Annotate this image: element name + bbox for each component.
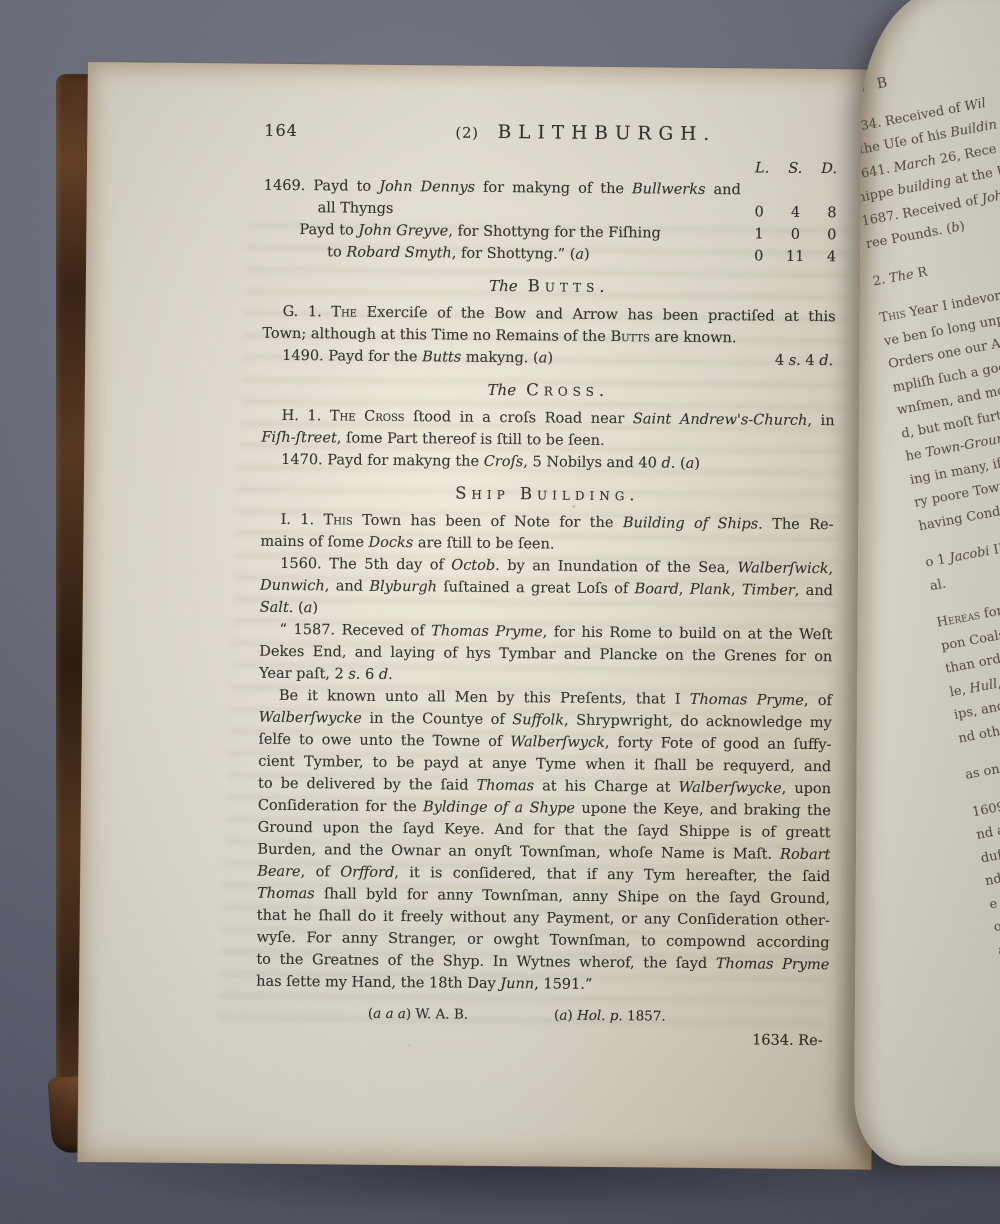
page-header: 164 (2) BLITHBURGH. bbox=[264, 120, 837, 155]
ledger-amount-columns: 048 bbox=[741, 204, 837, 221]
photo-of-book: { "scene": { "background_top_color": "#7… bbox=[0, 0, 1000, 1224]
page-lines: L.S.D.1469. Payd to John Dennys for maky… bbox=[256, 156, 837, 1001]
footnote-reference: (a) Hol. p. 1857. bbox=[554, 1008, 666, 1029]
text-line: 1490. Payd for the Butts makyng. (a)4 s.… bbox=[262, 348, 835, 375]
page-number: 164 bbox=[264, 121, 334, 141]
footnote-row: (a a a) W. A. B. (a) Hol. p. 1857. bbox=[256, 1005, 829, 1030]
running-title: (2) BLITHBURGH. bbox=[334, 120, 837, 146]
section-heading: TheButts. bbox=[263, 274, 836, 303]
ledger-amount-columns: L.S.D. bbox=[741, 160, 837, 177]
running-title-part: (2) bbox=[455, 126, 479, 142]
text-column: 164 (2) BLITHBURGH. L.S.D.1469. Payd to … bbox=[256, 120, 838, 1049]
line-amount: 4 s. 4 d. bbox=[775, 353, 835, 370]
left-page: 164 (2) BLITHBURGH. L.S.D.1469. Payd to … bbox=[77, 62, 882, 1170]
text-line: 1470. Payd for makyng the Croſs, 5 Nobil… bbox=[261, 452, 834, 479]
text-line: has ſette my Hand, the 18th Day Junn, 15… bbox=[256, 974, 829, 1001]
text-line: to Robard Smyth, for Shottyng.” (a)0114 bbox=[263, 244, 836, 271]
section-heading: TheCross. bbox=[262, 378, 835, 407]
catchword: 1634. Re- bbox=[256, 1028, 829, 1049]
section-heading: Ship Building. bbox=[261, 482, 834, 511]
right-page-line: (2) B bbox=[854, 19, 1000, 105]
ledger-amount-columns bbox=[741, 194, 837, 195]
ledger-amount-columns: 100 bbox=[740, 226, 836, 243]
right-page-curled: (2) B1634. Received of Wilr the Uſe of h… bbox=[854, 0, 1000, 1167]
right-page-text-fragments: (2) B1634. Received of Wilr the Uſe of h… bbox=[854, 19, 1000, 1106]
running-title-text: BLITHBURGH. bbox=[498, 122, 717, 145]
ledger-amount-columns: 0114 bbox=[740, 248, 836, 265]
footnote-signature: (a a a) W. A. B. bbox=[368, 1006, 468, 1027]
